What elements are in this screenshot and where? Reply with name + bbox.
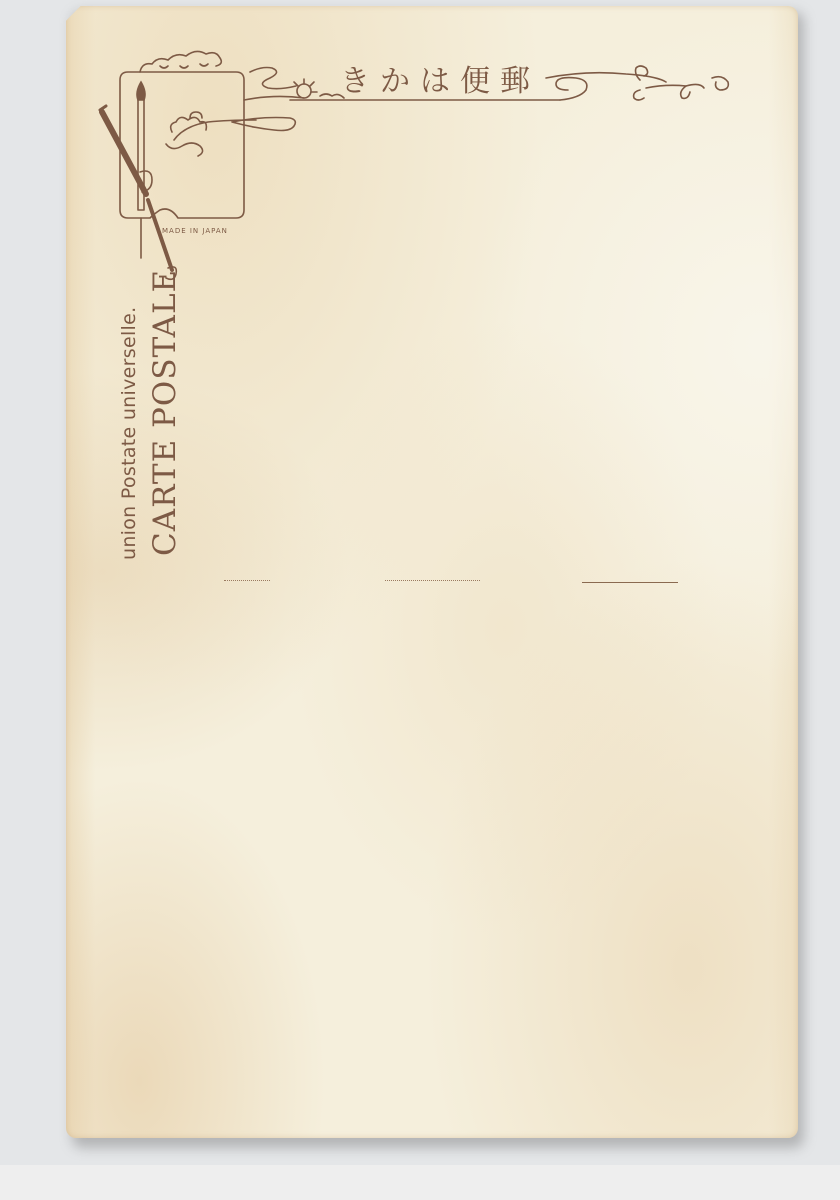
carte-postale-title: CARTE POSTALE — [147, 269, 183, 556]
made-in-japan-label: MADE IN JAPAN — [162, 227, 228, 235]
page-bottom-strip — [0, 1165, 840, 1200]
address-line-3 — [582, 582, 678, 583]
address-line-2 — [385, 580, 480, 581]
postcard-japanese-title: きかは便郵 — [340, 56, 540, 100]
union-postale-text: union Postate universelle. — [118, 307, 140, 560]
address-line-1 — [224, 580, 270, 581]
